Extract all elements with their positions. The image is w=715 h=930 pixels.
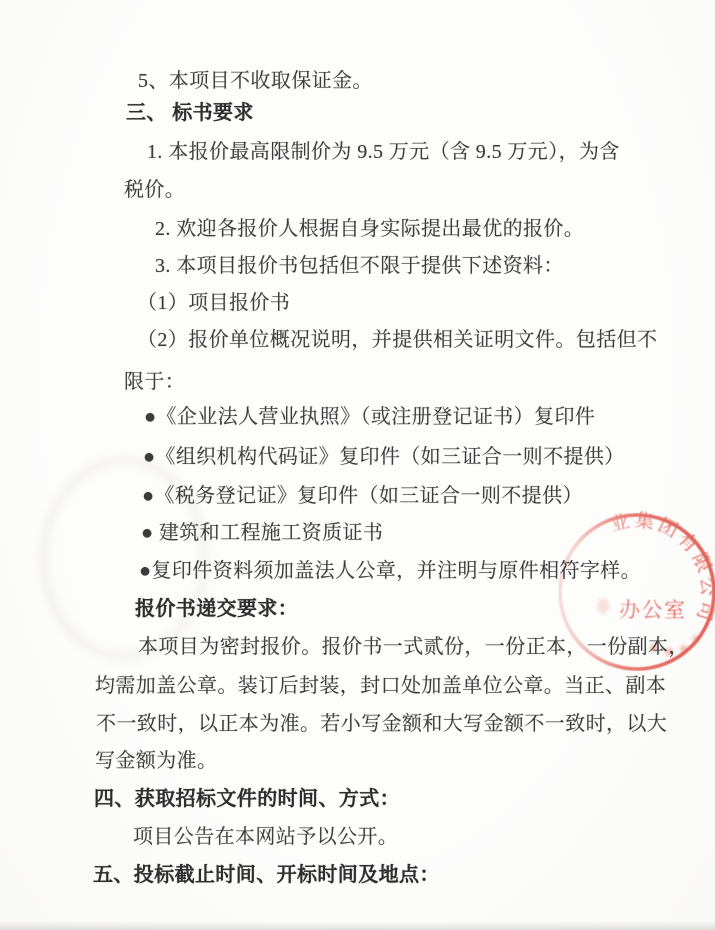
- bottom-scan-shade: [0, 921, 715, 930]
- doc-line-6: 3. 本项目报价书包括但不限于提供下述资料：: [155, 254, 564, 278]
- doc-line-20: 四、获取招标文件的时间、方式：: [94, 787, 400, 811]
- doc-line-7: （1）项目报价书: [137, 291, 290, 315]
- doc-line-5: 2. 欢迎各报价人根据自身实际提出最优的报价。: [155, 217, 584, 241]
- doc-line-3: 1. 本报价最高限制价为 9.5 万元（含 9.5 万元），为含: [147, 140, 620, 164]
- doc-line-16: 本项目为密封报价。报价书一式贰份，一份正本，一份副本，: [138, 635, 689, 659]
- doc-line-13: ● 建筑和工程施工资质证书: [141, 521, 383, 545]
- doc-line-2: 三、 标书要求: [126, 101, 254, 125]
- company-seal: 业集团有限公司 办公室: [515, 480, 715, 700]
- doc-line-8: （2）报价单位概况说明，并提供相关证明文件。包括但不: [137, 328, 657, 352]
- doc-line-14: ●复印件资料须加盖法人公章，并注明与原件相符字样。: [139, 559, 641, 583]
- doc-line-11: ●《组织机构代码证》复印件（如三证合一则不提供）: [143, 445, 625, 469]
- doc-line-10: ●《企业法人营业执照》（或注册登记证书）复印件: [144, 405, 595, 429]
- doc-line-17: 均需加盖公章。装订后封装，封口处加盖单位公章。当正、副本: [95, 674, 666, 698]
- doc-line-9: 限于：: [124, 370, 185, 394]
- doc-line-4: 税价。: [124, 178, 185, 202]
- document-page: 5、本项目不收取保证金。三、 标书要求1. 本报价最高限制价为 9.5 万元（含…: [0, 0, 715, 930]
- doc-line-18: 不一致时，以正本为准。若小写金额和大写金额不一致时，以大: [96, 712, 667, 736]
- doc-line-1: 5、本项目不收取保证金。: [138, 69, 373, 93]
- doc-line-22: 五、投标截止时间、开标时间及地点：: [93, 863, 440, 887]
- doc-line-15: 报价书递交要求：: [135, 597, 298, 621]
- doc-line-21: 项目公告在本网站予以公开。: [133, 825, 398, 849]
- seal-office-text: 办公室: [619, 598, 687, 622]
- doc-line-19: 写金额为准。: [95, 749, 217, 773]
- doc-line-12: ●《税务登记证》复印件（如三证合一则不提供）: [142, 484, 583, 508]
